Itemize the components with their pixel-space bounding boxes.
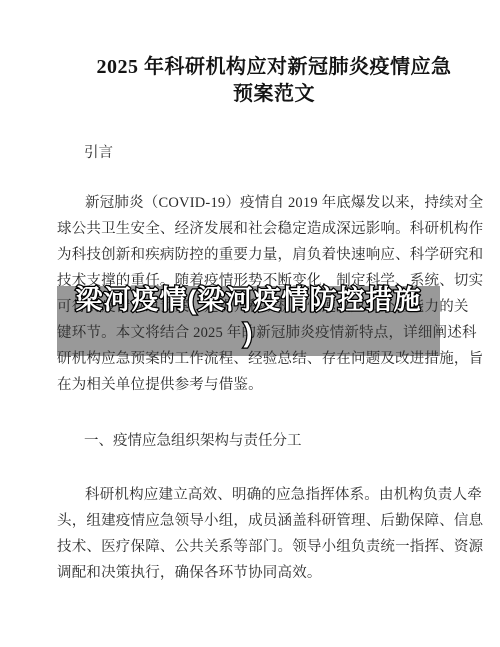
- text-line: 球公共卫生安全、经济发展和社会稳定造成深远影响。科研机构作: [57, 216, 491, 242]
- text-line: 技术、医疗保障、公共关系等部门。领导小组负责统一指挥、资源: [57, 534, 491, 560]
- text-line: 2025 年科研机构应对新冠肺炎疫情应急: [57, 54, 491, 81]
- document-page: 2025 年科研机构应对新冠肺炎疫情应急预案范文 引言 新冠肺炎（COVID-1…: [0, 0, 500, 647]
- text-line: 预案范文: [57, 81, 491, 108]
- text-line: 新冠肺炎（COVID-19）疫情自 2019 年底爆发以来，持续对全: [57, 190, 491, 216]
- document-title: 2025 年科研机构应对新冠肺炎疫情应急预案范文: [57, 54, 491, 108]
- text-line: 科研机构应建立高效、明确的应急指挥体系。由机构负责人牵: [57, 482, 491, 508]
- watermark-line-2: ): [57, 317, 440, 350]
- section1-heading: 一、疫情应急组织架构与责任分工: [57, 428, 491, 454]
- section1-paragraph: 科研机构应建立高效、明确的应急指挥体系。由机构负责人牵头，组建疫情应急领导小组，…: [57, 482, 491, 586]
- intro-heading: 引言: [57, 140, 491, 166]
- text-line: 在为相关单位提供参考与借鉴。: [57, 372, 491, 398]
- text-line: 头，组建疫情应急领导小组，成员涵盖科研管理、后勤保障、信息: [57, 508, 491, 534]
- text-line: 调配和决策执行，确保各环节协同高效。: [57, 560, 491, 586]
- watermark-line-1: 梁河疫情(梁河疫情防控措施: [57, 284, 440, 317]
- text-line: 为科技创新和疾病防控的重要力量，肩负着快速响应、科学研究和: [57, 242, 491, 268]
- watermark-text: 梁河疫情(梁河疫情防控措施 ): [57, 284, 440, 350]
